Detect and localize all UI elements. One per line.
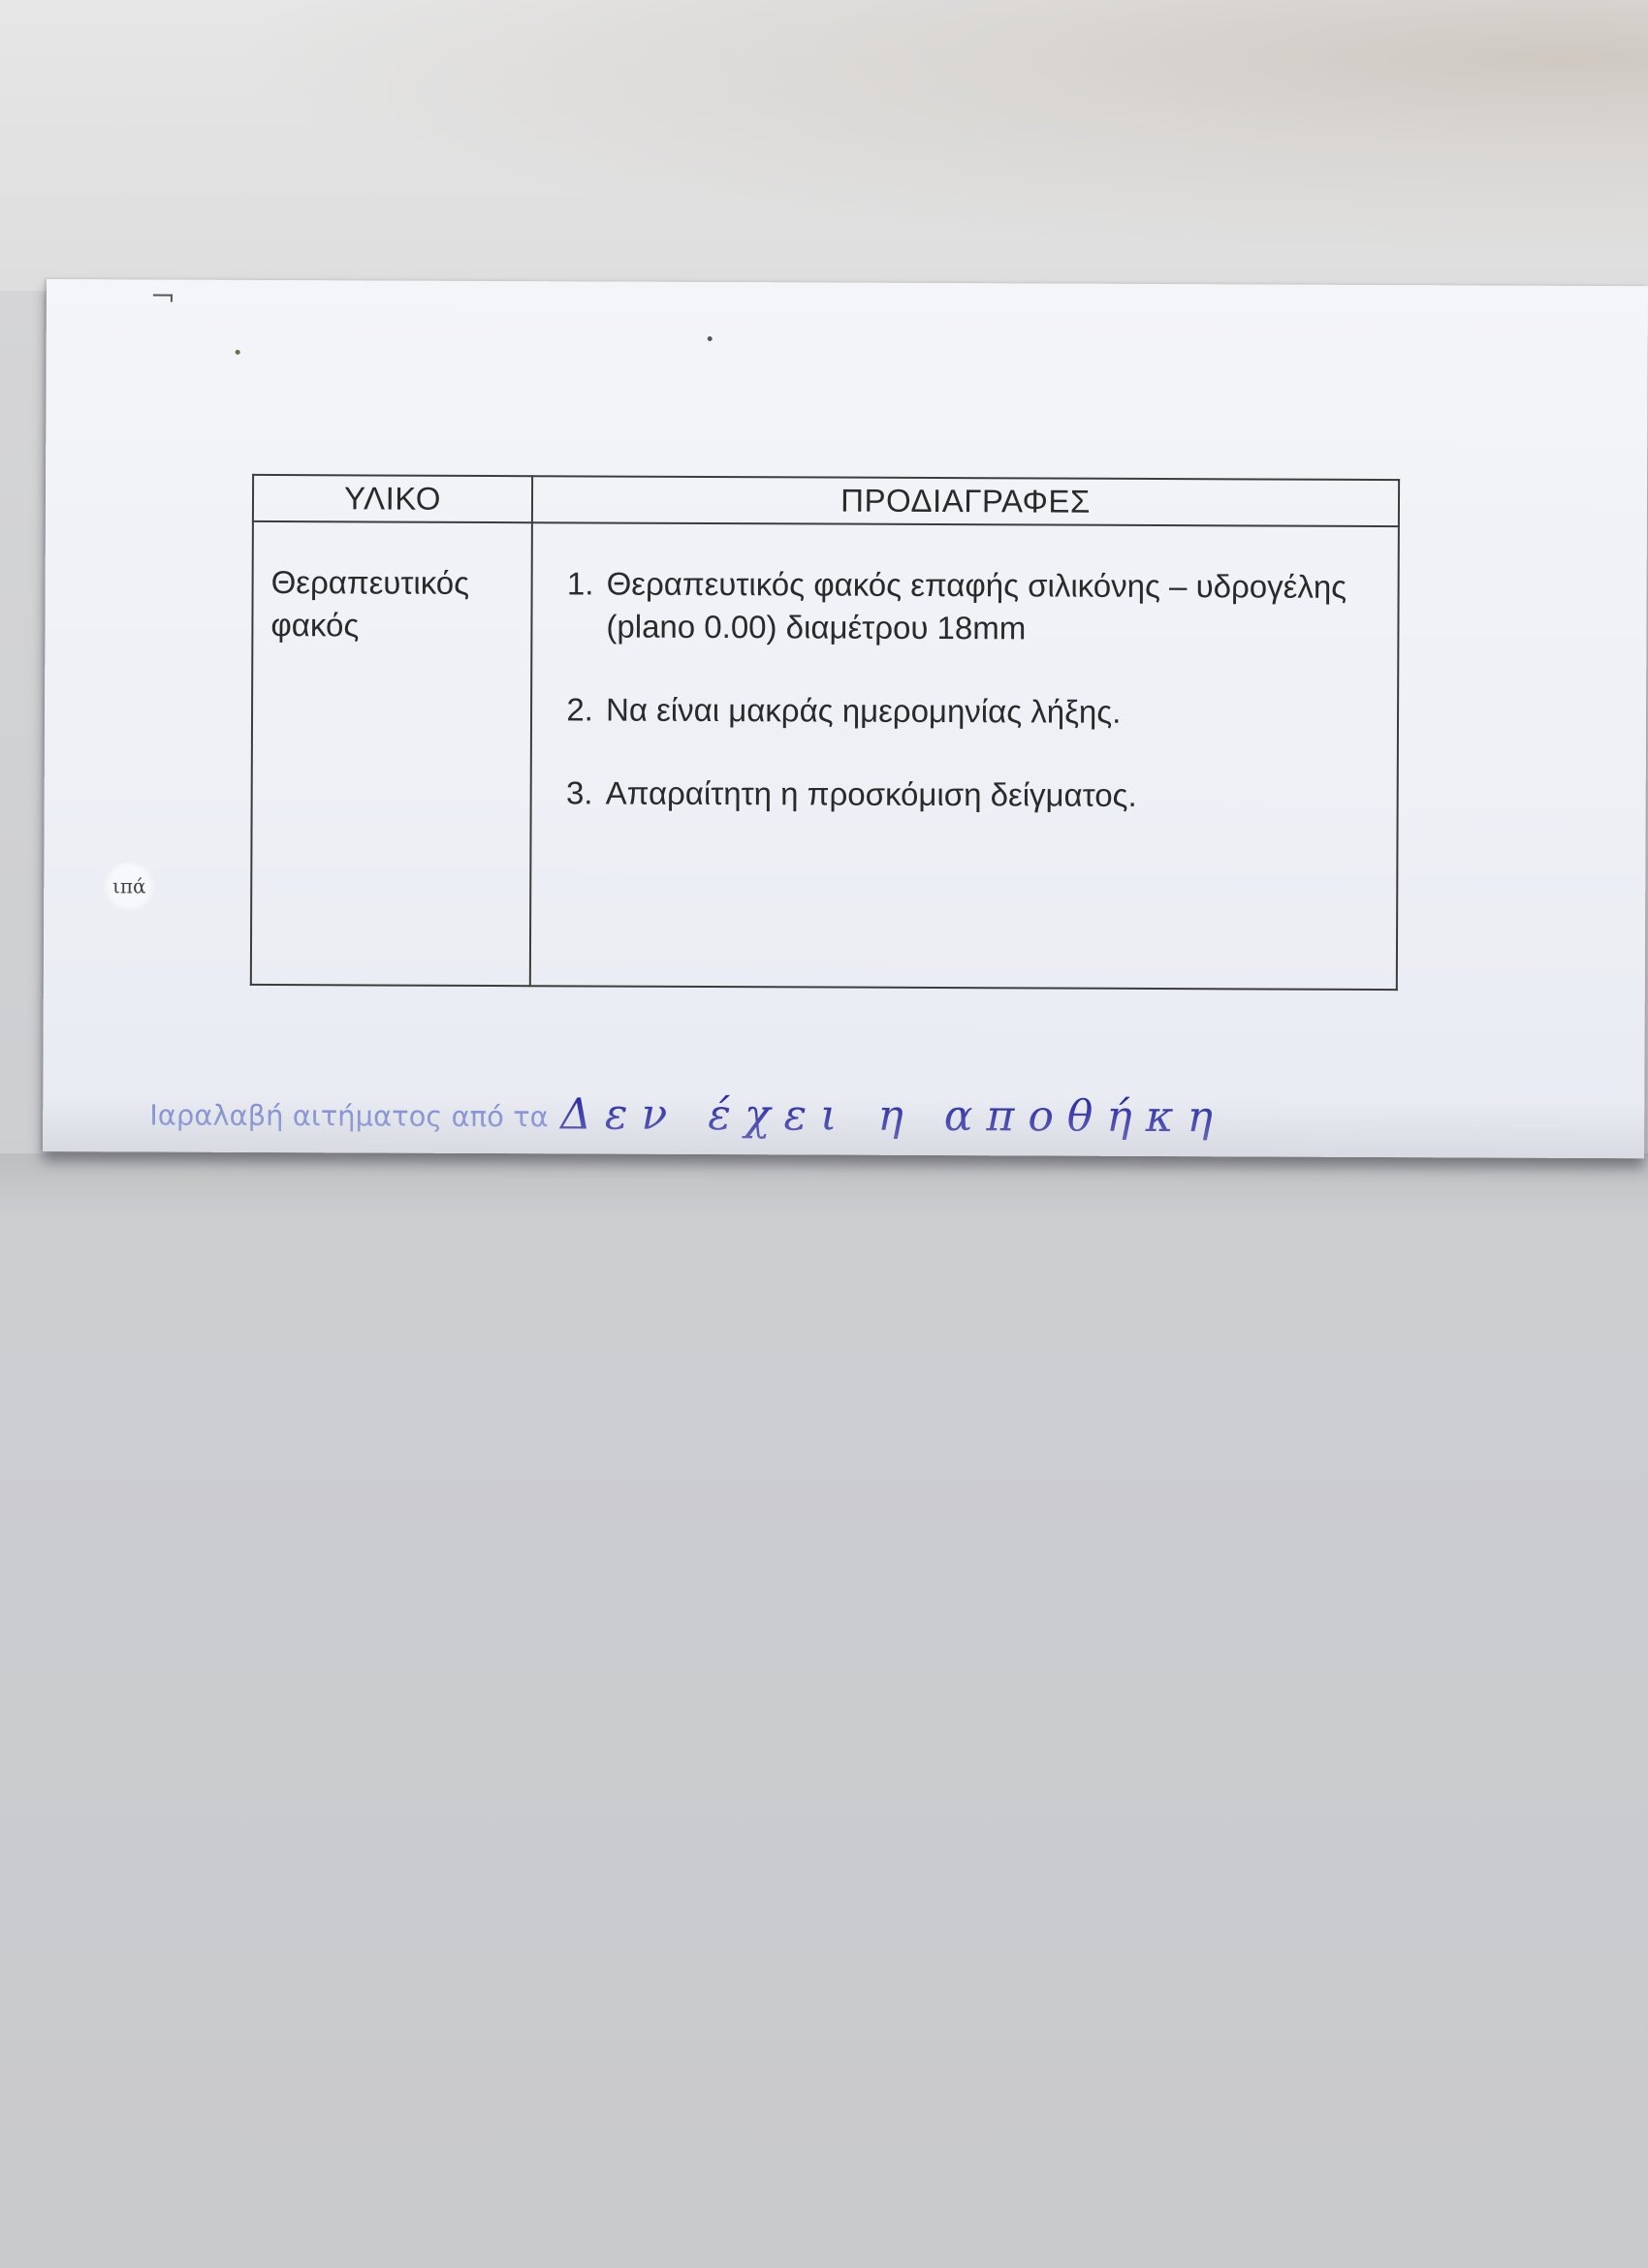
scanner-bed-area	[0, 1153, 1648, 2268]
scanner-background	[0, 0, 1648, 291]
material-cell: Θεραπευτικός φακός	[251, 521, 532, 986]
table-row: Θεραπευτικός φακός Θεραπευτικός φακός επ…	[251, 521, 1399, 990]
spec-item: Απαραίτητη η προσκόμιση δείγματος.	[602, 772, 1397, 819]
header-material: ΥΛΙΚΟ	[253, 475, 532, 522]
scanned-paper-sheet: ΥΛΙΚΟ ΠΡΟΔΙΑΓΡΑΦΕΣ Θεραπευτικός φακός Θε…	[43, 279, 1648, 1158]
spec-item: Θεραπευτικός φακός επαφής σιλικόνης – υδ…	[602, 563, 1397, 652]
paper-fold-shadow	[43, 1093, 1644, 1158]
spec-item: Να είναι μακράς ημερομηνίας λήξης.	[602, 689, 1397, 736]
specifications-table: ΥΛΙΚΟ ΠΡΟΔΙΑΓΡΑΦΕΣ Θεραπευτικός φακός Θε…	[250, 474, 1400, 991]
dust-speck	[708, 336, 713, 341]
specifications-list: Θεραπευτικός φακός επαφής σιλικόνης – υδ…	[532, 562, 1398, 818]
header-specifications: ΠΡΟΔΙΑΓΡΑΦΕΣ	[532, 476, 1399, 526]
embossed-seal: ιπά	[104, 861, 154, 911]
specifications-cell: Θεραπευτικός φακός επαφής σιλικόνης – υδ…	[530, 522, 1399, 990]
dust-speck	[236, 350, 240, 355]
staple-mark	[153, 294, 173, 301]
